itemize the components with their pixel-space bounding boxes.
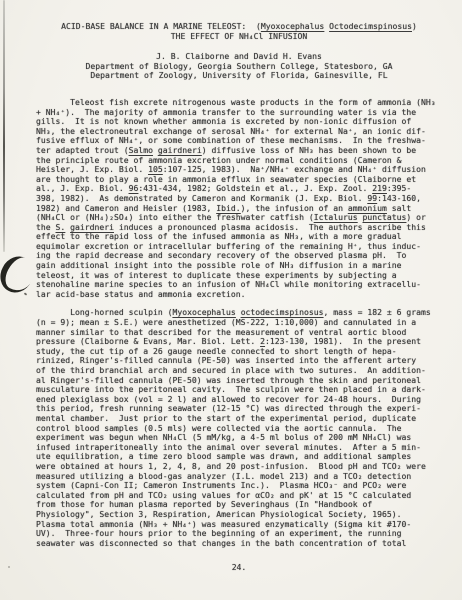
- page-number: 24.: [232, 562, 247, 572]
- paragraph-introduction: Teleost fish excrete nitrogenous waste p…: [36, 98, 442, 299]
- scan-speck: [8, 566, 10, 568]
- scan-speck: [24, 292, 28, 295]
- paper-page: ACID-BASE BALANCE IN A MARINE TELEOST: (…: [0, 0, 462, 600]
- page-content: ACID-BASE BALANCE IN A MARINE TELEOST: (…: [36, 22, 442, 573]
- paper-header: ACID-BASE BALANCE IN A MARINE TELEOST: (…: [36, 22, 442, 81]
- paper-byline-and-affiliations: J. B. Claiborne and David H. EvansDepart…: [36, 52, 442, 81]
- page-footer: 24.: [36, 563, 442, 573]
- paper-body: Teleost fish excrete nitrogenous waste p…: [36, 98, 442, 548]
- scan-edge-line: [3, 0, 5, 252]
- paragraph-methods: Long-horned sculpin (Myoxocephalus octod…: [36, 308, 442, 548]
- scan-crescent-mark: [0, 251, 40, 299]
- paper-title: ACID-BASE BALANCE IN A MARINE TELEOST: (…: [36, 22, 442, 41]
